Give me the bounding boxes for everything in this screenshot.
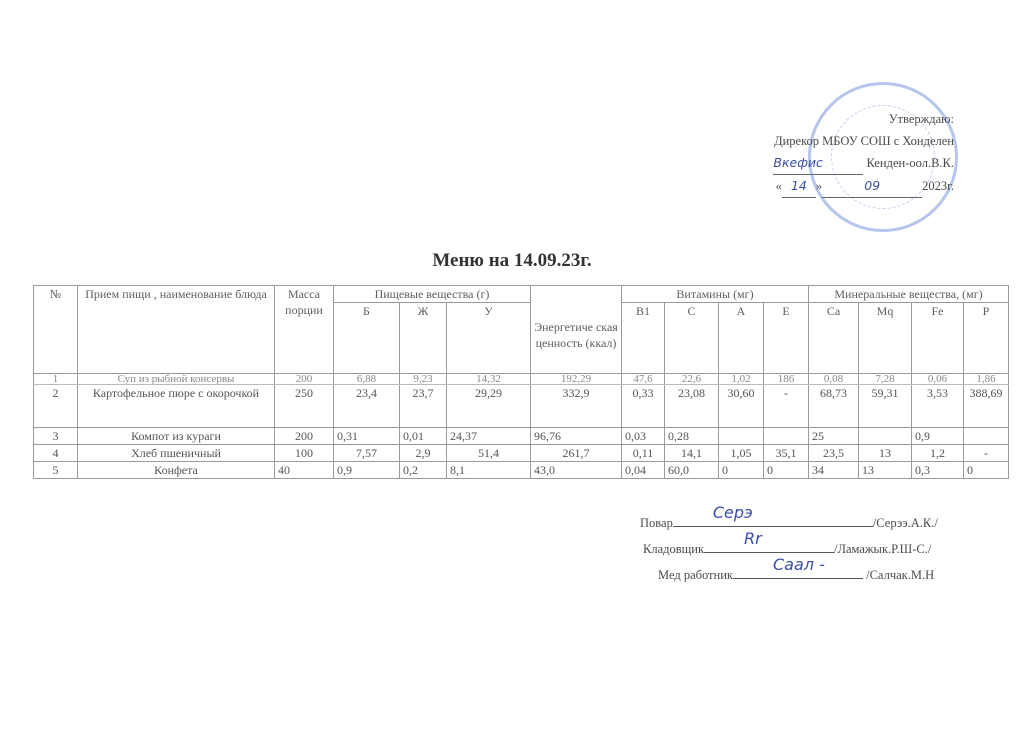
date-day: 14 <box>791 178 807 193</box>
table-row: 5Конфета400,90,28,143,00,0460,00034130,3… <box>34 462 1009 479</box>
approval-block: Утверждаю: Дирекор МБОУ СОШ с Хонделен В… <box>773 108 954 198</box>
col-c: C <box>665 303 719 374</box>
cell-u: 8,1 <box>447 462 531 479</box>
signature-cook: ПоварСерэ/Серээ.А.К./ <box>640 510 938 536</box>
cell-c: 0,28 <box>665 428 719 445</box>
cell-p: 388,69 <box>964 385 1009 428</box>
cell-zh: 23,7 <box>400 385 447 428</box>
cell-c: 60,0 <box>665 462 719 479</box>
cell-p <box>964 428 1009 445</box>
col-nutrients: Пищевые вещества (г) <box>334 286 531 303</box>
cell-zh: 0,01 <box>400 428 447 445</box>
cell-mq: 13 <box>859 462 912 479</box>
cell-zh: 2,9 <box>400 445 447 462</box>
table-row: 2Картофельное пюре с окорочкой25023,423,… <box>34 385 1009 428</box>
signature-medic: Мед работникСаал - /Салчак.М.Н <box>640 562 938 588</box>
cell-u: 24,37 <box>447 428 531 445</box>
date-month: 09 <box>864 178 880 193</box>
cell-b1: 0,33 <box>622 385 665 428</box>
cell-mq: 7,28 <box>859 374 912 385</box>
cell-ca: 23,5 <box>809 445 859 462</box>
col-ca: Ca <box>809 303 859 374</box>
col-b1: B1 <box>622 303 665 374</box>
col-minerals: Минеральные вещества, (мг) <box>809 286 1009 303</box>
cell-b: 0,9 <box>334 462 400 479</box>
cell-num: 2 <box>34 385 78 428</box>
col-p: P <box>964 303 1009 374</box>
cell-b1: 47,6 <box>622 374 665 385</box>
cell-energy: 261,7 <box>531 445 622 462</box>
cell-ca: 34 <box>809 462 859 479</box>
col-num: № <box>34 286 78 374</box>
cell-a <box>719 428 764 445</box>
cell-energy: 96,76 <box>531 428 622 445</box>
cell-a: 1,02 <box>719 374 764 385</box>
col-protein: Б <box>334 303 400 374</box>
cell-u: 14,32 <box>447 374 531 385</box>
cell-u: 51,4 <box>447 445 531 462</box>
col-mq: Mq <box>859 303 912 374</box>
cell-num: 4 <box>34 445 78 462</box>
cell-num: 5 <box>34 462 78 479</box>
cell-a: 0 <box>719 462 764 479</box>
cell-num: 1 <box>34 374 78 385</box>
cell-fe: 0,3 <box>912 462 964 479</box>
cell-u: 29,29 <box>447 385 531 428</box>
col-dish: Прием пищи , наименование блюда <box>78 286 275 374</box>
col-energy: Энергетиче ская ценность (ккал) <box>531 286 622 374</box>
cell-c: 14,1 <box>665 445 719 462</box>
col-mass: Масса порции <box>275 286 334 374</box>
cell-fe: 3,53 <box>912 385 964 428</box>
col-vitamins: Витамины (мг) <box>622 286 809 303</box>
cell-mass: 100 <box>275 445 334 462</box>
menu-table: № Прием пищи , наименование блюда Масса … <box>33 285 1009 479</box>
cell-energy: 192,29 <box>531 374 622 385</box>
cell-c: 22,6 <box>665 374 719 385</box>
cell-zh: 9,23 <box>400 374 447 385</box>
cell-fe: 1,2 <box>912 445 964 462</box>
cell-b: 23,4 <box>334 385 400 428</box>
cell-dish: Суп из рыбной консервы <box>78 374 275 385</box>
cell-e: 0 <box>764 462 809 479</box>
cell-dish: Хлеб пшеничный <box>78 445 275 462</box>
cell-zh: 0,2 <box>400 462 447 479</box>
cell-mass: 200 <box>275 428 334 445</box>
col-a: A <box>719 303 764 374</box>
cell-a: 30,60 <box>719 385 764 428</box>
cell-p: 1,86 <box>964 374 1009 385</box>
approval-date: «14»092023г. <box>773 175 954 198</box>
cell-ca: 25 <box>809 428 859 445</box>
cell-fe: 0,9 <box>912 428 964 445</box>
cell-dish: Конфета <box>78 462 275 479</box>
cell-dish: Компот из кураги <box>78 428 275 445</box>
page-title: Меню на 14.09.23г. <box>0 250 1024 272</box>
header-row-1: № Прием пищи , наименование блюда Масса … <box>34 286 1009 303</box>
date-year: 2023г. <box>922 179 954 193</box>
cell-fe: 0,06 <box>912 374 964 385</box>
cell-dish: Картофельное пюре с окорочкой <box>78 385 275 428</box>
cell-e: 35,1 <box>764 445 809 462</box>
cell-a: 1,05 <box>719 445 764 462</box>
cell-mass: 250 <box>275 385 334 428</box>
cell-p: 0 <box>964 462 1009 479</box>
cell-ca: 68,73 <box>809 385 859 428</box>
col-fat: Ж <box>400 303 447 374</box>
director-position: Дирекор МБОУ СОШ с Хонделен <box>773 130 954 152</box>
signatures-block: ПоварСерэ/Серээ.А.К./ КладовщикRr/Ламажы… <box>640 510 938 588</box>
director-signature: Вкефис <box>773 155 823 170</box>
table-row: 3Компот из кураги2000,310,0124,3796,760,… <box>34 428 1009 445</box>
cell-b: 6,88 <box>334 374 400 385</box>
director-signature-line: Вкефис Кенден-оол.В.К. <box>773 152 954 175</box>
cell-mass: 200 <box>275 374 334 385</box>
cell-mq: 59,31 <box>859 385 912 428</box>
cell-ca: 0,08 <box>809 374 859 385</box>
col-fe: Fe <box>912 303 964 374</box>
cell-energy: 332,9 <box>531 385 622 428</box>
col-e: E <box>764 303 809 374</box>
cell-c: 23,08 <box>665 385 719 428</box>
cell-e <box>764 428 809 445</box>
cell-b1: 0,03 <box>622 428 665 445</box>
cell-mq: 13 <box>859 445 912 462</box>
cell-b1: 0,04 <box>622 462 665 479</box>
cell-b: 7,57 <box>334 445 400 462</box>
cell-energy: 43,0 <box>531 462 622 479</box>
cell-num: 3 <box>34 428 78 445</box>
cell-p: - <box>964 445 1009 462</box>
cell-b: 0,31 <box>334 428 400 445</box>
cell-e: 186 <box>764 374 809 385</box>
cell-e: - <box>764 385 809 428</box>
table-row: 1Суп из рыбной консервы2006,889,2314,321… <box>34 374 1009 385</box>
cell-mq <box>859 428 912 445</box>
cell-mass: 40 <box>275 462 334 479</box>
director-name: Кенден-оол.В.К. <box>867 156 954 170</box>
col-carbs: У <box>447 303 531 374</box>
cell-b1: 0,11 <box>622 445 665 462</box>
approved-label: Утверждаю: <box>773 108 954 130</box>
table-row: 4Хлеб пшеничный1007,572,951,4261,70,1114… <box>34 445 1009 462</box>
